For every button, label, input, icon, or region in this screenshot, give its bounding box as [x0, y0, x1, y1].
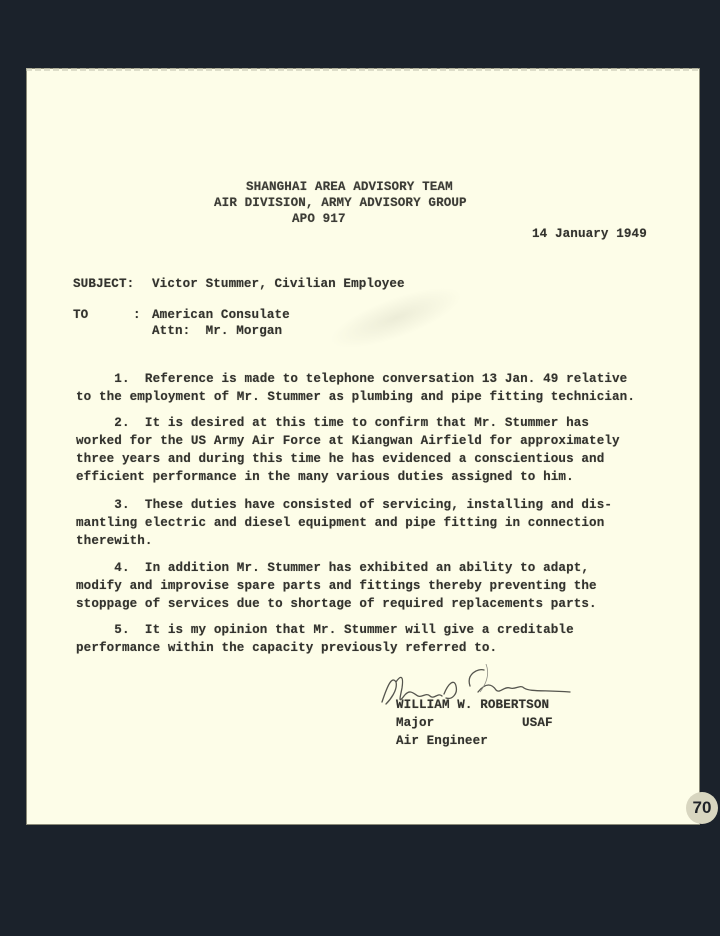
letter-page: SHANGHAI AREA ADVISORY TEAM AIR DIVISION… — [26, 68, 700, 825]
signer-branch: USAF — [522, 714, 553, 733]
paragraph-4-line: 4. In addition Mr. Stummer has exhibited… — [76, 559, 589, 578]
paragraph-4-line: modify and improvise spare parts and fit… — [76, 577, 597, 596]
paragraph-3-line: mantling electric and diesel equipment a… — [76, 514, 604, 533]
paragraph-4-line: stoppage of services due to shortage of … — [76, 595, 597, 614]
subject-label: SUBJECT: — [73, 275, 134, 294]
recipient-line-2: Attn: Mr. Morgan — [152, 322, 282, 341]
letter-date: 14 January 1949 — [532, 225, 647, 244]
to-label: TO — [73, 306, 88, 325]
to-colon: : — [133, 306, 141, 325]
paragraph-3-line: 3. These duties have consisted of servic… — [76, 496, 612, 515]
signer-rank: Major — [396, 714, 434, 733]
page-number: 70 — [693, 798, 712, 818]
paragraph-1-line: 1. Reference is made to telephone conver… — [76, 370, 627, 389]
paragraph-2-line: three years and during this time he has … — [76, 450, 604, 469]
page-number-badge: 70 — [686, 792, 718, 824]
letterhead-line-3: APO 917 — [292, 210, 346, 229]
paragraph-1-line: to the employment of Mr. Stummer as plum… — [76, 388, 635, 407]
signer-name: WILLIAM W. ROBERTSON — [396, 696, 549, 715]
paragraph-2-line: 2. It is desired at this time to confirm… — [76, 414, 589, 433]
paragraph-2-line: efficient performance in the many variou… — [76, 468, 574, 487]
signer-title: Air Engineer — [396, 732, 488, 751]
subject-value: Victor Stummer, Civilian Employee — [152, 275, 405, 294]
paragraph-5-line: performance within the capacity previous… — [76, 639, 497, 658]
paragraph-2-line: worked for the US Army Air Force at Kian… — [76, 432, 620, 451]
paragraph-3-line: therewith. — [76, 532, 153, 551]
paragraph-5-line: 5. It is my opinion that Mr. Stummer wil… — [76, 621, 574, 640]
